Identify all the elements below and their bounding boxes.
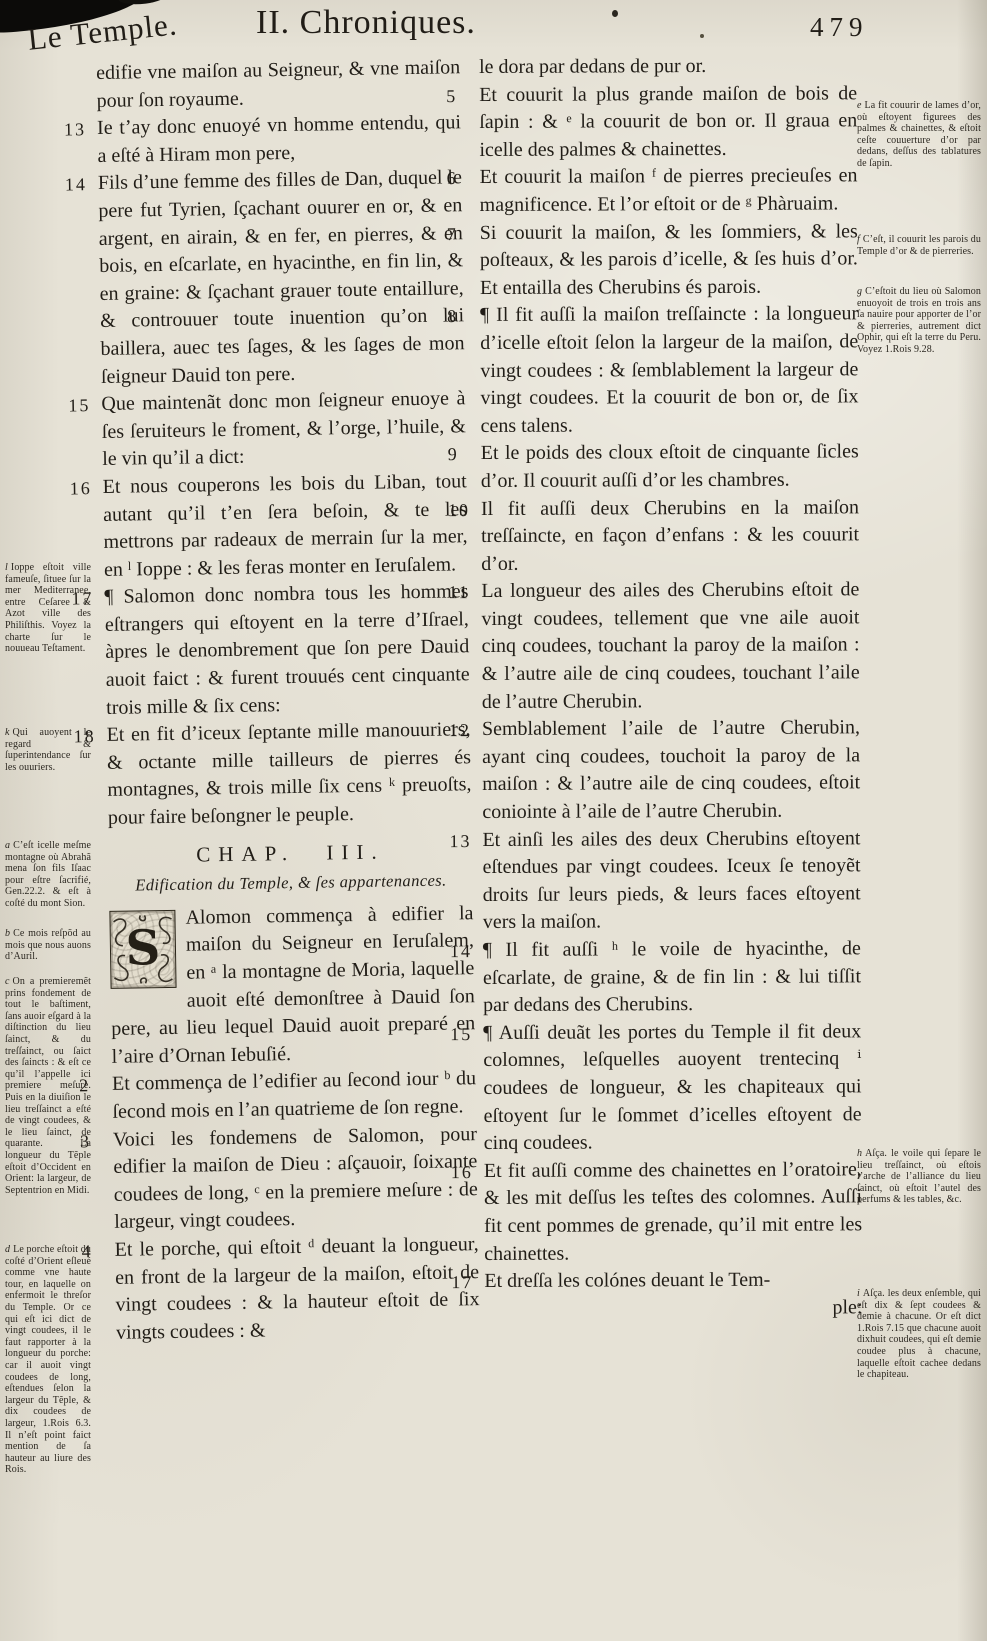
note-ref: d: [5, 1244, 13, 1255]
verse-number: 7: [447, 221, 477, 249]
decorated-initial: S: [109, 910, 176, 989]
verse-7: 7Si couurit la maiſon, & les ſommiers, &…: [480, 218, 858, 302]
verse-text: La longueur des ailes des Cherubins eſto…: [481, 579, 859, 713]
verse-text: Et le porche, qui eſtoit ᵈ deuant la lon…: [115, 1233, 480, 1343]
verse-text: Semblablement l’aile de l’autre Cherubin…: [482, 717, 860, 823]
page-number: 479: [810, 12, 869, 43]
book-page: Le Temple. II. Chroniques. 479 edifie vn…: [0, 0, 987, 1641]
verse-number: 13: [64, 116, 94, 144]
verse-number: 9: [448, 441, 478, 469]
verse-number: 15: [68, 392, 98, 420]
verse-number: 12: [449, 717, 479, 745]
verse-text: Et commença de l’edifier au ſecond iour …: [112, 1068, 476, 1123]
verse-number: 11: [448, 579, 478, 607]
verse-text: Et couurit la maiſon ᶠ de pierres precie…: [479, 165, 857, 216]
margin-note-h: hAſça. le voile qui ſepare le lieu treſſ…: [857, 1148, 981, 1206]
verse-number: 6: [446, 165, 476, 193]
verse-text: Que maintenãt donc mon ſeigneur enuoye à…: [101, 387, 466, 470]
verse-number: 13: [449, 828, 479, 856]
verse-text: ¶ Auſſi deuãt les portes du Temple il fi…: [483, 1020, 861, 1154]
note-text: C’eſtoit du lieu où Salomon enuoyoit de …: [857, 286, 981, 355]
verse-text: Et en fit d’iceux ſeptante mille manouur…: [106, 718, 471, 828]
verse-17: 17Et dreſſa les colónes deuant le Tem-: [484, 1266, 862, 1295]
verse-14: 14¶ Il fit auſſi ʰ le voile de hyacinthe…: [483, 935, 861, 1019]
note-text: Qui auoyent le regard & ſuperintendance …: [5, 727, 91, 773]
scan-speck: [700, 34, 704, 38]
note-ref: h: [857, 1148, 865, 1159]
verse-number: 16: [451, 1159, 481, 1187]
verse-14: 14Fils d’une femme des filles de Dan, du…: [98, 165, 465, 391]
verse-text: Voici les fondemens de Salomon, pour edi…: [113, 1123, 478, 1233]
verse-text: Et couurit la plus grande maiſon de bois…: [479, 82, 857, 161]
verse-8: 8¶ Il fit auſſi la maiſon treſſaincte : …: [480, 301, 859, 441]
verse-16: 16Et nous couperons les bois du Liban, t…: [103, 468, 469, 584]
margin-note-i: iAſça. les deux enſemble, qui eſt dix & …: [857, 1288, 981, 1381]
verse-text: ¶ Salomon donc nombra tous les hommes eſ…: [104, 580, 470, 718]
verse-15: 15¶ Auſſi deuãt les portes du Temple il …: [483, 1018, 862, 1158]
note-ref: k: [5, 727, 13, 738]
verse-text: Fils d’une femme des filles de Dan, duqu…: [98, 167, 465, 388]
verse-5: 5Et couurit la plus grande maiſon de boi…: [479, 80, 857, 164]
verse-16: 16Et fit auſſi comme des chainettes en l…: [484, 1156, 862, 1268]
margin-note-l: lIoppe eſtoit ville fameuſe, ſituee ſur …: [5, 562, 91, 655]
note-text: La fit couurir de lames d’or, où eſtoyen…: [857, 100, 981, 169]
margin-note-c: cOn a premieremẽt prins fondement de tou…: [5, 976, 91, 1196]
note-ref: e: [857, 100, 865, 111]
verse-number: 14: [65, 171, 95, 199]
note-ref: b: [5, 928, 13, 939]
verse-11: 11La longueur des ailes des Cherubins eſ…: [481, 577, 860, 717]
margin-note-e: eLa fit couurir de lames d’or, où eſtoye…: [857, 100, 981, 170]
note-text: C’eſt, il couurit les parois du Temple d…: [857, 234, 981, 257]
verse-text: Il fit auſſi deux Cherubins en la maiſon…: [481, 496, 859, 575]
note-ref: c: [5, 976, 13, 987]
verse-12: 12Semblablement l’aile de l’autre Cherub…: [482, 715, 860, 827]
verse-number: 16: [70, 475, 100, 503]
note-text: Aſça. le voile qui ſepare le lieu treſſa…: [857, 1148, 981, 1205]
scan-speck: [612, 10, 618, 17]
note-text: Le porche eſtoit du coſté d’Orient eſleu…: [5, 1244, 91, 1475]
verse-4-chap3: 4Et le porche, qui eſtoit ᵈ deuant la lo…: [114, 1231, 480, 1347]
verse-13: 13Ie t’ay donc enuoyé vn homme entendu, …: [97, 109, 462, 170]
note-text: On a premieremẽt prins fondement de tout…: [5, 976, 91, 1196]
verse-text: Et le poids des cloux eſtoit de cinquant…: [481, 441, 859, 492]
left-text-column: edifie vne maiſon au Seigneur, & vne mai…: [96, 54, 480, 1347]
verse-1-chap3: S Alomon commença à edifier la maiſon du…: [109, 900, 476, 1071]
verse-text: Et nous couperons les bois du Liban, tou…: [103, 470, 468, 580]
note-ref: g: [857, 286, 865, 297]
verse-17: 17¶ Salomon donc nombra tous les hommes …: [104, 578, 470, 722]
verse-continuation: edifie vne maiſon au Seigneur, & vne mai…: [96, 54, 461, 115]
verse-6: 6Et couurit la maiſon ᶠ de pierres preci…: [479, 163, 857, 220]
margin-note-a: aC’eſt icelle meſme montagne où Abrahã m…: [5, 840, 91, 910]
verse-15: 15Que maintenãt donc mon ſeigneur enuoye…: [101, 385, 466, 473]
verse-text: Ie t’ay donc enuoyé vn homme entendu, qu…: [97, 111, 461, 166]
verse-number: 14: [450, 938, 480, 966]
verse-10: 10Il fit auſſi deux Cherubins en la maiſ…: [481, 494, 859, 578]
chapter-subtitle: Edification du Temple, & ſes appartenanc…: [109, 866, 473, 899]
margin-note-k: kQui auoyent le regard & ſuperintendance…: [5, 727, 91, 773]
margin-note-g: gC’eſtoit du lieu où Salomon enuoyoit de…: [857, 286, 981, 356]
verse-text: Si couurit la maiſon, & les ſommiers, & …: [480, 220, 858, 299]
verse-text: le dora par dedans de pur or.: [479, 55, 706, 78]
verse-text: Et ainſi les ailes des deux Cherubins eſ…: [482, 827, 860, 933]
verse-18: 18Et en fit d’iceux ſeptante mille manou…: [106, 716, 472, 832]
verse-3-chap3: 3Voici les fondemens de Salomon, pour ed…: [113, 1121, 479, 1237]
verse-number: 8: [447, 303, 477, 331]
verse-text: ¶ Il fit auſſi ʰ le voile de hyacinthe, …: [483, 937, 861, 1016]
verse-text: edifie vne maiſon au Seigneur, & vne mai…: [96, 56, 460, 111]
verse-number: 17: [451, 1269, 481, 1297]
verse-text: Et fit auſſi comme des chainettes en l’o…: [484, 1158, 862, 1264]
initial-letter: S: [110, 911, 175, 988]
verse-number: 5: [446, 83, 476, 111]
right-text-column: le dora par dedans de pur or. 5Et couuri…: [479, 52, 863, 1323]
note-ref: a: [5, 840, 13, 851]
verse-9: 9Et le poids des cloux eſtoit de cinquan…: [481, 439, 859, 496]
verse-2-chap3: 2Et commença de l’edifier au ſecond iour…: [112, 1066, 477, 1127]
margin-note-f: fC’eſt, il couurit les parois du Temple …: [857, 234, 981, 257]
margin-note-b: bCe mois reſpõd au mois que nous auons d…: [5, 928, 91, 963]
margin-note-d: dLe porche eſtoit du coſté d’Orient eſle…: [5, 1244, 91, 1476]
note-text: C’eſt icelle meſme montagne où Abrahã me…: [5, 840, 91, 909]
verse-number: 15: [450, 1021, 480, 1049]
note-text: Aſça. les deux enſemble, qui eſt dix & ſ…: [857, 1288, 981, 1380]
chapter-heading: CHAP. III.: [108, 837, 472, 870]
page-title: II. Chroniques.: [256, 4, 476, 42]
verse-number: 10: [448, 497, 478, 525]
verse-text: ¶ Il fit auſſi la maiſon treſſaincte : l…: [480, 303, 858, 437]
verse-13: 13Et ainſi les ailes des deux Cherubins …: [482, 825, 860, 937]
note-text: Ioppe eſtoit ville fameuſe, ſituee ſur l…: [5, 562, 91, 654]
verse-17-runover: ple:: [484, 1294, 862, 1323]
verse-text: Et dreſſa les colónes deuant le Tem-: [484, 1269, 770, 1292]
note-text: Ce mois reſpõd au mois que nous auons d’…: [5, 928, 91, 962]
verse-continuation: le dora par dedans de pur or.: [479, 52, 857, 81]
